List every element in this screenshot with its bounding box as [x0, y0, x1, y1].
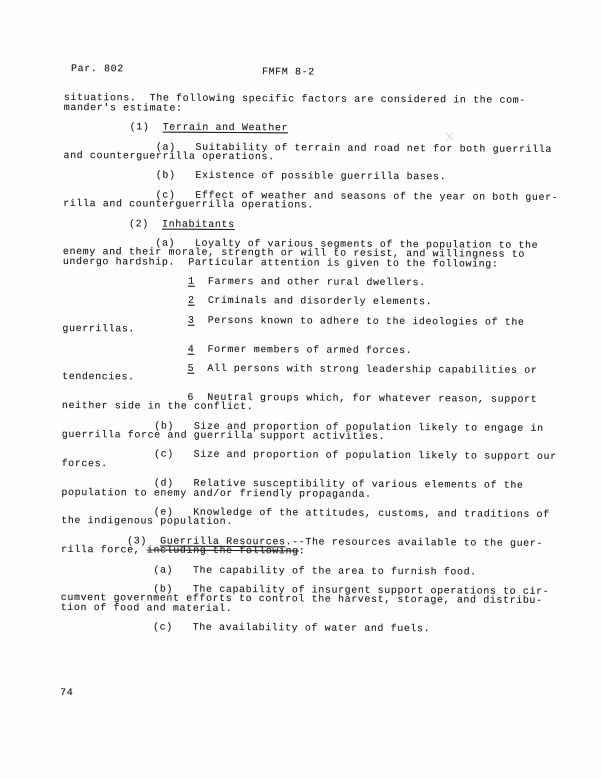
text-segment: undergo hardship. Particular attention i…: [63, 257, 499, 271]
text-segment: Farmers and other rural dwellers.: [195, 277, 426, 289]
text-segment: Persons known to adhere to the ideologie…: [194, 316, 524, 329]
paragraph: (a) The capability of the area to furnis…: [61, 565, 568, 577]
text-segment: rilla force,: [61, 545, 147, 557]
text-segment: guerrilla force and guerrilla support ac…: [62, 430, 386, 443]
text-segment: neither side in the conflict.: [62, 401, 254, 413]
paragraph: 6 Neutral groups which, for whatever rea…: [62, 393, 569, 415]
text-segment: .--The resources available to the guer-: [286, 537, 544, 550]
paragraph: (a) Suitability of terrain and road net …: [63, 143, 570, 165]
text-segment: tion of food and material.: [61, 603, 233, 615]
text-segment: [62, 344, 187, 356]
text-segment: (b) Existence of possible guerrilla base…: [63, 170, 446, 183]
text-segment: [63, 295, 188, 307]
paragraph: 5 All persons with strong leadership cap…: [62, 364, 569, 386]
paragraph: 3 Persons known to adhere to the ideolog…: [62, 316, 569, 338]
underlined-text-segment: Terrain and Weather: [163, 123, 288, 135]
paragraph: (e) Knowledge of the attitudes, customs,…: [61, 508, 568, 530]
text-line: undergo hardship. Particular attention i…: [63, 258, 570, 270]
text-segment: (1): [64, 122, 163, 134]
paragraph: (c) Effect of weather and seasons of the…: [63, 191, 570, 213]
document-page: Par. 802 FMFM 8-2 situations. The follow…: [0, 0, 601, 779]
document-body: situations. The following specific facto…: [61, 94, 571, 635]
text-segment: All persons with strong leadership capab…: [194, 364, 537, 377]
text-segment: and counterguerrilla operations.: [63, 151, 274, 163]
text-segment: tendencies.: [62, 372, 135, 383]
text-segment: forces.: [62, 459, 108, 470]
text-line: (a) The capability of the area to furnis…: [61, 565, 568, 577]
paragraph: (3) Guerrilla Resources.--The resources …: [61, 537, 568, 559]
paragraph: 1 Farmers and other rural dwellers.: [63, 277, 570, 289]
text-segment: the indigenous population.: [61, 516, 233, 528]
scan-artifact: [443, 131, 456, 142]
text-segment: Criminals and disorderly elements.: [195, 296, 433, 308]
text-segment: (2): [63, 218, 162, 230]
paragraph: 4 Former members of armed forces.: [62, 345, 569, 357]
paragraph: (b) Size and proportion of population li…: [62, 422, 569, 444]
text-line: (1) Terrain and Weather: [64, 123, 571, 135]
paragraph: 2 Criminals and disorderly elements.: [63, 296, 570, 308]
text-line: 4 Former members of armed forces.: [62, 345, 569, 357]
text-segment: (a) The capability of the area to furnis…: [61, 564, 477, 578]
text-line: (c) The availability of water and fuels.: [61, 623, 568, 635]
paragraph: (c) Size and proportion of population li…: [62, 450, 569, 472]
text-segment: population to enemy and/or friendly prop…: [61, 488, 371, 501]
text-segment: mander's estimate:: [64, 103, 183, 115]
page-header: Par. 802 FMFM 8-2: [64, 64, 571, 76]
text-line: (2) Inhabitants: [63, 219, 570, 231]
scanned-page-content: Par. 802 FMFM 8-2 situations. The follow…: [0, 0, 601, 779]
text-segment: Former members of armed forces.: [194, 344, 412, 356]
paragraph: (d) Relative susceptibility of various e…: [61, 479, 568, 501]
paragraph: (b) Existence of possible guerrilla base…: [63, 171, 570, 183]
manual-title: FMFM 8-2: [262, 67, 315, 78]
text-line: 1 Farmers and other rural dwellers.: [63, 277, 570, 289]
struck-text-segment: including the following: [147, 546, 299, 558]
paragraph: (b) The capability of insurgent support …: [61, 585, 568, 616]
paragraph: (a) Loyalty of various segments of the p…: [63, 239, 570, 270]
text-segment: rilla and counterguerrilla operations.: [63, 199, 314, 212]
paragraph: (1) Terrain and Weather: [64, 123, 571, 135]
paragraph-reference: Par. 802: [71, 64, 124, 75]
page-number: 74: [60, 688, 567, 702]
text-segment: [63, 276, 188, 288]
text-segment: guerrillas.: [62, 324, 135, 335]
text-line: (b) Existence of possible guerrilla base…: [63, 171, 570, 183]
paragraph: (c) The availability of water and fuels.: [61, 623, 568, 635]
paragraph: situations. The following specific facto…: [64, 94, 571, 116]
underlined-text-segment: Inhabitants: [162, 219, 235, 230]
text-segment: (c) The availability of water and fuels.: [61, 622, 431, 635]
text-segment: :: [299, 547, 306, 558]
paragraph: (2) Inhabitants: [63, 219, 570, 231]
text-line: 2 Criminals and disorderly elements.: [63, 296, 570, 308]
